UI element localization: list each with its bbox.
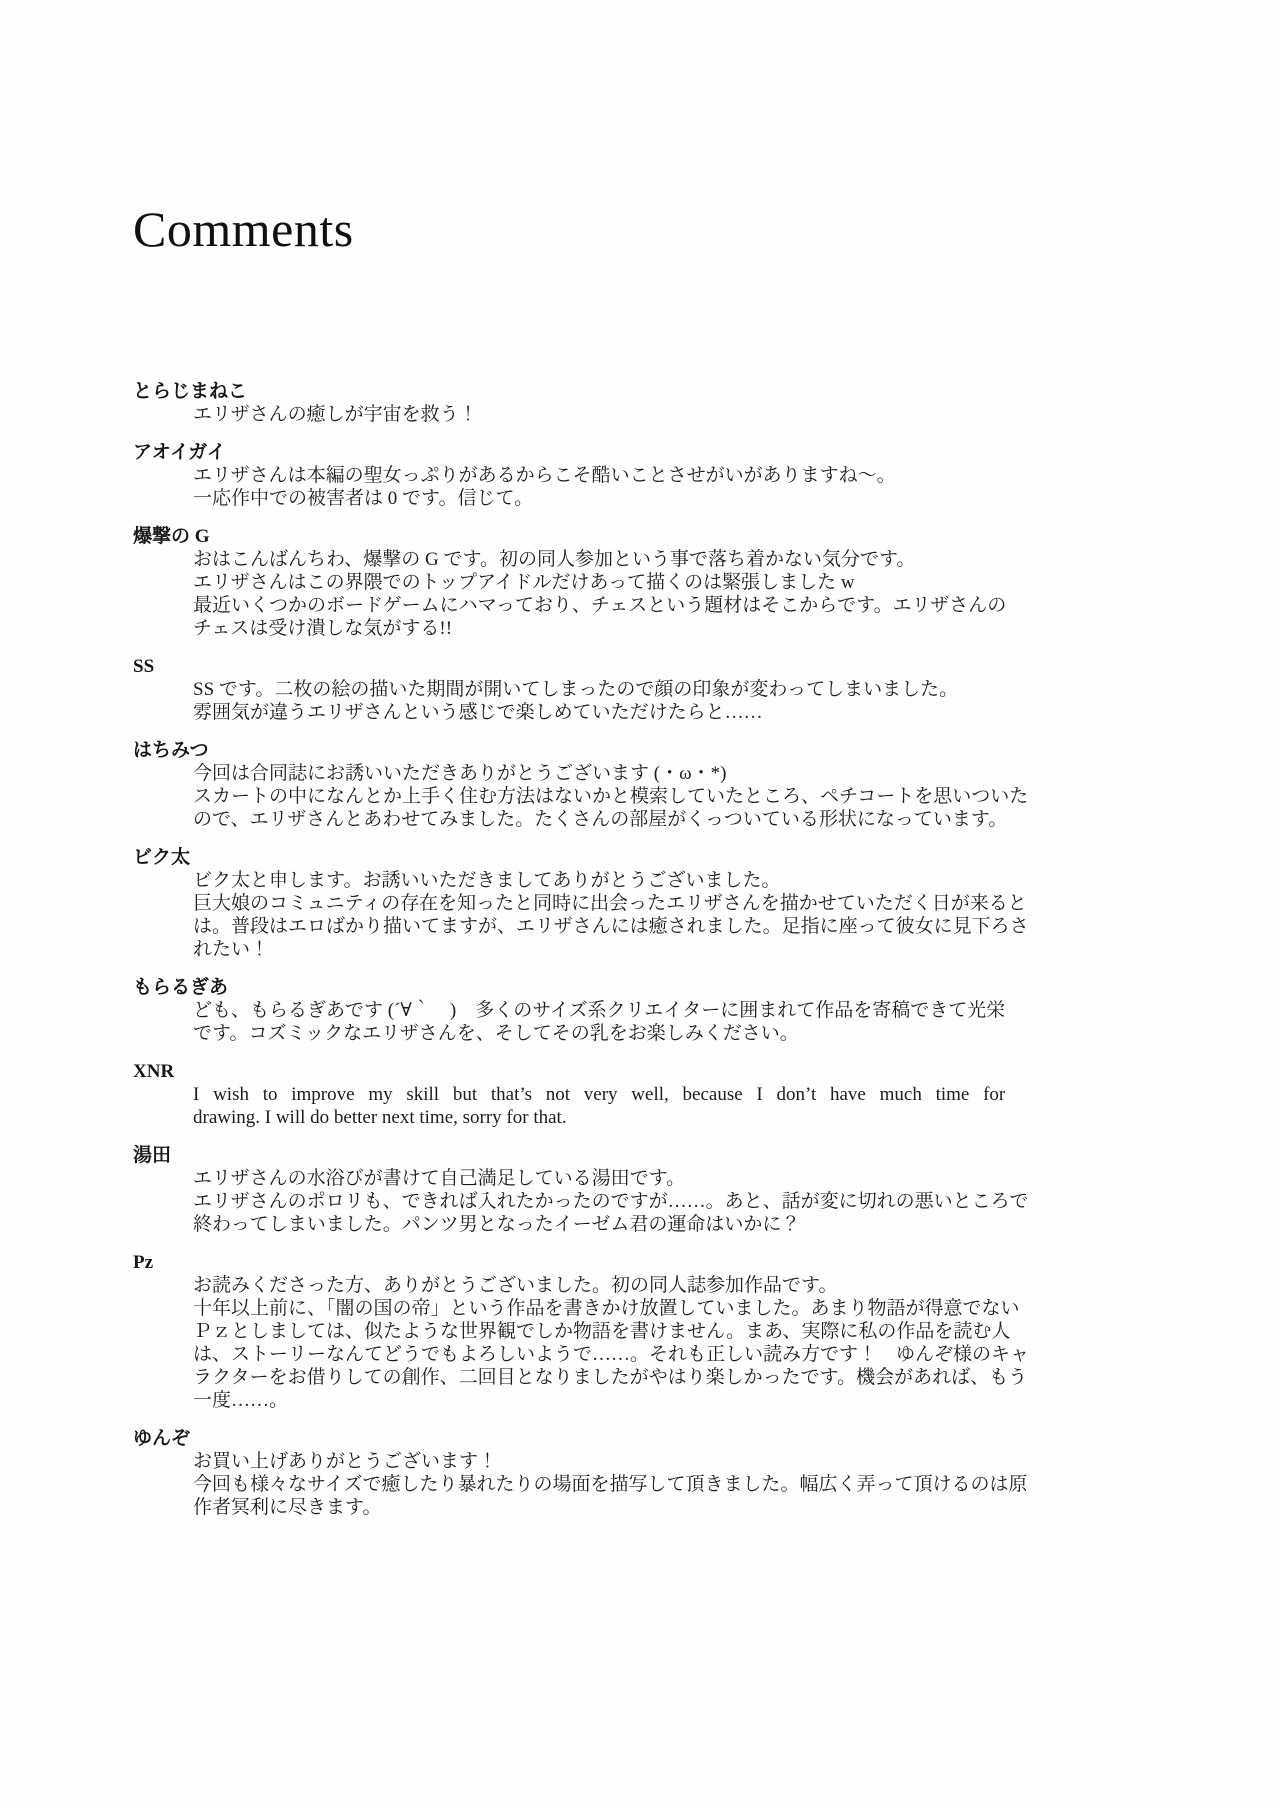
commenter-name: ビク太 [133, 846, 1150, 869]
comment-text: おはこんばんちわ、爆撃の G です。初の同人参加という事で落ち着かない気分です。… [193, 548, 1150, 640]
commenter-name: Pz [133, 1251, 1150, 1274]
comment-line: おはこんばんちわ、爆撃の G です。初の同人参加という事で落ち着かない気分です。 [193, 548, 1150, 571]
comment-entry: 湯田エリザさんの水浴びが書けて自己満足している湯田です。エリザさんのポロリも、で… [133, 1144, 1150, 1236]
commenter-name: SS [133, 655, 1150, 678]
comment-line: 作者冥利に尽きます。 [193, 1496, 1150, 1519]
comment-line: 巨大娘のコミュニティの存在を知ったと同時に出会ったエリザさんを描かせていただく日… [193, 892, 1150, 915]
comment-line: エリザさんのポロリも、できれば入れたかったのですが……。あと、話が変に切れの悪い… [193, 1190, 1150, 1213]
comment-line: 十年以上前に、「闇の国の帝」という作品を書きかけ放置していました。あまり物語が得… [193, 1297, 1150, 1320]
document-page: Comments とらじまねこエリザさんの癒しが宇宙を救う！アオイガイエリザさん… [0, 0, 1280, 1808]
commenter-name: 爆撃の G [133, 525, 1150, 548]
page-title: Comments [133, 0, 1150, 258]
comment-entry: とらじまねこエリザさんの癒しが宇宙を救う！ [133, 380, 1150, 426]
comment-line: は、ストーリーなんてどうでもよろしいようで……。それも正しい読み方です！ ゆんぞ… [193, 1343, 1150, 1366]
comment-entry: はちみつ今回は合同誌にお誘いいただきありがとうございます (・ω・*)スカートの… [133, 739, 1150, 831]
commenter-name: XNR [133, 1060, 1150, 1083]
comment-line: エリザさんはこの界隈でのトップアイドルだけあって描くのは緊張しました w [193, 571, 1150, 594]
comment-line: チェスは受け潰しな気がする!! [193, 617, 1150, 640]
comments-list: とらじまねこエリザさんの癒しが宇宙を救う！アオイガイエリザさんは本編の聖女っぷり… [133, 380, 1150, 1519]
comment-text: I wish to improve my skill but that’s no… [193, 1083, 1150, 1129]
comment-line: お読みくださった方、ありがとうございました。初の同人誌参加作品です。 [193, 1274, 1150, 1297]
commenter-name: はちみつ [133, 739, 1150, 762]
comment-line: ラクターをお借りしての創作、二回目となりましたがやはり楽しかったです。機会があれ… [193, 1366, 1150, 1389]
comment-entry: もらるぎあども、もらるぎあです (´∀｀ ) 多くのサイズ系クリエイターに囲まれ… [133, 976, 1150, 1045]
comment-line: 一応作中での被害者は 0 です。信じて。 [193, 487, 1150, 510]
comment-text: お読みくださった方、ありがとうございました。初の同人誌参加作品です。十年以上前に… [193, 1274, 1150, 1412]
comment-line: SS です。二枚の絵の描いた期間が開いてしまったので顔の印象が変わってしまいまし… [193, 678, 1150, 701]
comment-line: スカートの中になんとか上手く住む方法はないかと模索していたところ、ペチコートを思… [193, 785, 1150, 808]
comment-line: 最近いくつかのボードゲームにハマっており、チェスという題材はそこからです。エリザ… [193, 594, 1150, 617]
comment-line: 今回は合同誌にお誘いいただきありがとうございます (・ω・*) [193, 762, 1150, 785]
comment-line: エリザさんは本編の聖女っぷりがあるからこそ酷いことさせがいがありますね～。 [193, 464, 1150, 487]
comment-line: ビク太と申します。お誘いいただきましてありがとうございました。 [193, 869, 1150, 892]
comment-entry: ビク太ビク太と申します。お誘いいただきましてありがとうございました。巨大娘のコミ… [133, 846, 1150, 961]
comment-text: エリザさんの水浴びが書けて自己満足している湯田です。エリザさんのポロリも、できれ… [193, 1167, 1150, 1236]
comment-entry: Pzお読みくださった方、ありがとうございました。初の同人誌参加作品です。十年以上… [133, 1251, 1150, 1412]
comment-line: は。普段はエロばかり描いてますが、エリザさんには癒されました。足指に座って彼女に… [193, 915, 1150, 938]
comment-entry: ゆんぞお買い上げありがとうございます！今回も様々なサイズで癒したり暴れたりの場面… [133, 1427, 1150, 1519]
comment-text: 今回は合同誌にお誘いいただきありがとうございます (・ω・*)スカートの中になん… [193, 762, 1150, 831]
comment-line: れたい！ [193, 938, 1150, 961]
comment-line: です。コズミックなエリザさんを、そしてその乳をお楽しみください。 [193, 1022, 1150, 1045]
commenter-name: とらじまねこ [133, 380, 1150, 403]
comment-entry: XNRI wish to improve my skill but that’s… [133, 1060, 1150, 1129]
comment-line: エリザさんの癒しが宇宙を救う！ [193, 403, 1150, 426]
commenter-name: ゆんぞ [133, 1427, 1150, 1450]
comment-text: エリザさんの癒しが宇宙を救う！ [193, 403, 1150, 426]
comment-entry: SSSS です。二枚の絵の描いた期間が開いてしまったので顔の印象が変わってしまい… [133, 655, 1150, 724]
comment-line: 終わってしまいました。パンツ男となったイーゼム君の運命はいかに？ [193, 1213, 1150, 1236]
comment-text: ども、もらるぎあです (´∀｀ ) 多くのサイズ系クリエイターに囲まれて作品を寄… [193, 999, 1150, 1045]
comment-entry: 爆撃の Gおはこんばんちわ、爆撃の G です。初の同人参加という事で落ち着かない… [133, 525, 1150, 640]
comment-text: エリザさんは本編の聖女っぷりがあるからこそ酷いことさせがいがありますね～。一応作… [193, 464, 1150, 510]
comment-line: I wish to improve my skill but that’s no… [193, 1083, 1150, 1106]
comment-line: ので、エリザさんとあわせてみました。たくさんの部屋がくっついている形状になってい… [193, 808, 1150, 831]
comment-line: drawing. I will do better next time, sor… [193, 1106, 1150, 1129]
comment-line: 今回も様々なサイズで癒したり暴れたりの場面を描写して頂きました。幅広く弄って頂け… [193, 1473, 1150, 1496]
comment-text: SS です。二枚の絵の描いた期間が開いてしまったので顔の印象が変わってしまいまし… [193, 678, 1150, 724]
commenter-name: もらるぎあ [133, 976, 1150, 999]
commenter-name: 湯田 [133, 1144, 1150, 1167]
comment-line: 雰囲気が違うエリザさんという感じで楽しめていただけたらと…… [193, 701, 1150, 724]
comment-text: ビク太と申します。お誘いいただきましてありがとうございました。巨大娘のコミュニテ… [193, 869, 1150, 961]
comment-entry: アオイガイエリザさんは本編の聖女っぷりがあるからこそ酷いことさせがいがありますね… [133, 441, 1150, 510]
comment-line: ども、もらるぎあです (´∀｀ ) 多くのサイズ系クリエイターに囲まれて作品を寄… [193, 999, 1150, 1022]
comment-line: エリザさんの水浴びが書けて自己満足している湯田です。 [193, 1167, 1150, 1190]
comment-line: 一度……。 [193, 1389, 1150, 1412]
comment-text: お買い上げありがとうございます！今回も様々なサイズで癒したり暴れたりの場面を描写… [193, 1450, 1150, 1519]
commenter-name: アオイガイ [133, 441, 1150, 464]
comment-line: お買い上げありがとうございます！ [193, 1450, 1150, 1473]
comment-line: Ｐｚとしましては、似たような世界観でしか物語を書けません。まあ、実際に私の作品を… [193, 1320, 1150, 1343]
